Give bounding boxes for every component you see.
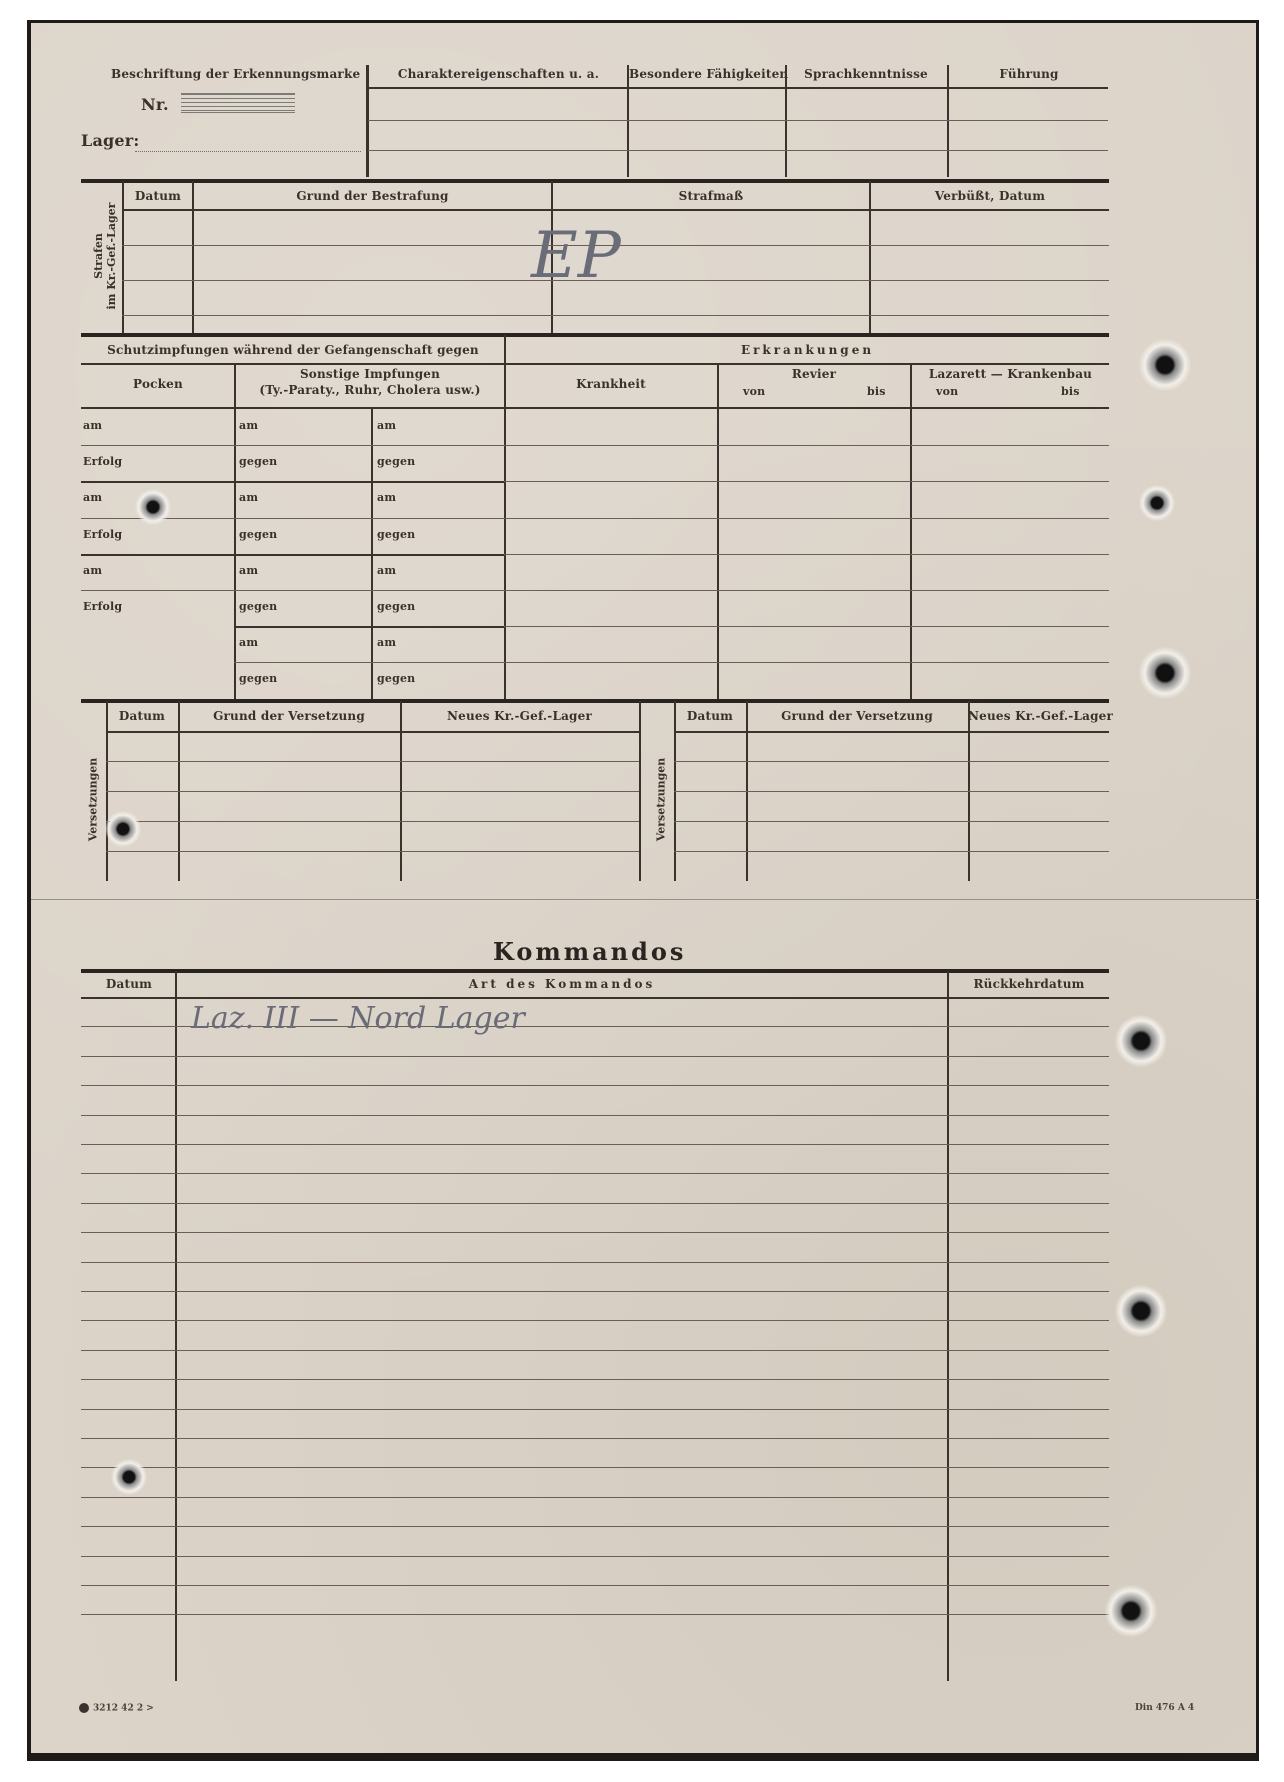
punch-hole [1139,485,1175,521]
rule [674,761,1109,762]
kommando-row-rule [81,1526,1109,1527]
versetzungen-side-label: Versetzungen [655,740,668,860]
sonstige-row-label: gegen [377,455,415,468]
lager-input[interactable] [135,131,361,152]
rule [504,481,1109,482]
rule [81,554,504,556]
sonstige-row-label: am [239,564,258,577]
pocken-row-label: Erfolg [83,455,122,468]
printer-mark-icon [79,1703,89,1713]
strafen-side-label-2: im Kr.-Gef.-Lager [105,196,118,316]
rule [368,150,1108,151]
kommando-entry-art: Laz. III — Nord Lager [191,1001,525,1036]
rule [368,120,1108,121]
impfungen-title: Schutzimpfungen während der Gefangenscha… [83,343,503,357]
kommandos-col-datum: Datum [83,977,175,991]
pocken-row-label: Erfolg [83,528,122,541]
divider [627,65,629,177]
handwritten-initials: EP [531,219,621,293]
punch-hole [1115,1015,1167,1067]
rule [504,590,1109,591]
rule [234,662,504,663]
rule [106,851,639,852]
kommando-row-rule [81,1291,1109,1292]
pocken-row-label: am [83,491,102,504]
versetzung-col-grund: Grund der Versetzung [178,709,400,723]
strafen-col-grund: Grund der Bestrafung [194,189,551,203]
rule [81,590,504,591]
rule [504,518,1109,519]
divider [234,365,236,699]
col-fuehrung: Führung [949,67,1109,81]
versetzungen-side-label: Versetzungen [87,740,100,860]
lazarett-bis: bis [1061,385,1080,398]
kommando-row-rule [81,1320,1109,1321]
punch-hole [105,811,141,847]
lager-label: Lager: [81,131,140,150]
lazarett-von: von [936,385,958,398]
rule [674,791,1109,792]
sonstige-row-label: am [377,419,396,432]
sonstige-row-label: am [377,636,396,649]
sonstige-label-1: Sonstige Impfungen [236,367,504,381]
fold-line [31,899,1259,900]
nr-field-lines[interactable] [181,93,295,113]
kommando-row-rule [81,1497,1109,1498]
pocken-row-label: am [83,564,102,577]
divider [869,181,871,333]
rule [106,791,639,792]
revier-label: Revier [719,367,909,381]
divider [639,701,641,881]
versetzung-col-grund: Grund der Versetzung [746,709,968,723]
krankheit-label: Krankheit [506,377,716,391]
punch-hole [111,1459,147,1495]
rule [234,626,504,628]
versetzung-col-datum: Datum [106,709,178,723]
erkrankungen-title: Erkrankungen [506,343,1109,357]
rule [122,315,1109,316]
sonstige-row-label: gegen [239,600,277,613]
rule [81,699,1109,703]
form-code: Din 476 A 4 [1135,1703,1194,1713]
rule [504,626,1109,627]
rule [122,209,1109,211]
kommandos-col-rueckkehr: Rückkehrdatum [949,977,1109,991]
rule [81,445,504,446]
rule [81,997,1109,999]
rule [674,731,1109,733]
pow-record-card: Beschriftung der Erkennungsmarke Nr. Lag… [27,20,1259,1761]
strafen-col-strafmass: Strafmaß [553,189,869,203]
sonstige-row-label: gegen [377,672,415,685]
kommando-row-rule [81,1556,1109,1557]
rule [368,87,1108,89]
rule [106,731,639,733]
sonstige-row-label: gegen [377,600,415,613]
rule [81,481,504,483]
sonstige-row-label: am [239,419,258,432]
divider [717,365,719,699]
divider [910,365,912,699]
rule [81,333,1109,337]
rule [106,821,639,822]
punch-hole [1139,647,1191,699]
kommando-row-rule [81,1115,1109,1116]
sonstige-row-label: am [239,636,258,649]
divider [122,181,124,333]
sonstige-row-label: gegen [239,455,277,468]
strafen-col-datum: Datum [124,189,192,203]
rule [106,761,639,762]
kommandos-col-art: Art des Kommandos [177,977,947,991]
rule [81,407,1109,409]
strafen-side-label-1: Strafen [92,196,105,316]
punch-hole [135,489,171,525]
divider [947,971,949,1681]
sonstige-row-label: gegen [239,672,277,685]
rule [674,821,1109,822]
strafen-side-label: Strafen im Kr.-Gef.-Lager [92,196,118,316]
divider [947,65,949,177]
kommando-row-rule [81,1056,1109,1057]
divider [785,65,787,177]
pocken-row-label: am [83,419,102,432]
kommando-row-rule [81,1467,1109,1468]
revier-bis: bis [867,385,886,398]
erkennungsmarke-label: Beschriftung der Erkennungsmarke [111,67,351,81]
rule [504,662,1109,663]
kommando-row-rule [81,1585,1109,1586]
col-sprachkenntnisse: Sprachkenntnisse [787,67,945,81]
kommando-row-rule [81,1203,1109,1204]
pocken-label: Pocken [83,377,233,391]
versetzung-col-lager: Neues Kr.-Gef.-Lager [968,709,1109,723]
rule [504,554,1109,555]
kommando-row-rule [81,1173,1109,1174]
kommando-row-rule [81,1085,1109,1086]
rule [81,969,1109,973]
header-divider [366,65,369,177]
sonstige-row-label: am [377,564,396,577]
col-charaktereigenschaften: Charaktereigenschaften u. a. [371,67,626,81]
revier-von: von [743,385,765,398]
print-code: 3212 42 2 > [79,1703,154,1714]
kommando-row-rule [81,1614,1109,1615]
kommando-row-rule [81,1379,1109,1380]
rule [81,179,1109,183]
versetzung-col-datum: Datum [674,709,746,723]
kommando-row-rule [81,1262,1109,1263]
punch-hole [1105,1585,1157,1637]
kommando-row-rule [81,1144,1109,1145]
sonstige-label-2: (Ty.-Paraty., Ruhr, Cholera usw.) [236,383,504,397]
pocken-row-label: Erfolg [83,600,122,613]
punch-hole [1139,339,1191,391]
punch-hole [1115,1285,1167,1337]
divider [192,181,194,333]
col-besondere-faehigkeiten: Besondere Fähigkeiten [629,67,784,81]
nr-label: Nr. [141,95,169,114]
kommando-row-rule [81,1409,1109,1410]
sonstige-row-label: gegen [239,528,277,541]
print-code-text: 3212 42 2 > [93,1704,154,1714]
rule [504,445,1109,446]
kommandos-title: Kommandos [493,937,686,966]
sonstige-row-label: am [239,491,258,504]
sonstige-row-label: gegen [377,528,415,541]
sonstige-row-label: am [377,491,396,504]
lazarett-label: Lazarett — Krankenbau [912,367,1109,381]
versetzung-col-lager: Neues Kr.-Gef.-Lager [400,709,639,723]
strafen-col-verbuesst: Verbüßt, Datum [871,189,1109,203]
rule [674,851,1109,852]
kommando-row-rule [81,1232,1109,1233]
divider [175,971,177,1681]
kommando-row-rule [81,1438,1109,1439]
kommando-row-rule [81,1350,1109,1351]
